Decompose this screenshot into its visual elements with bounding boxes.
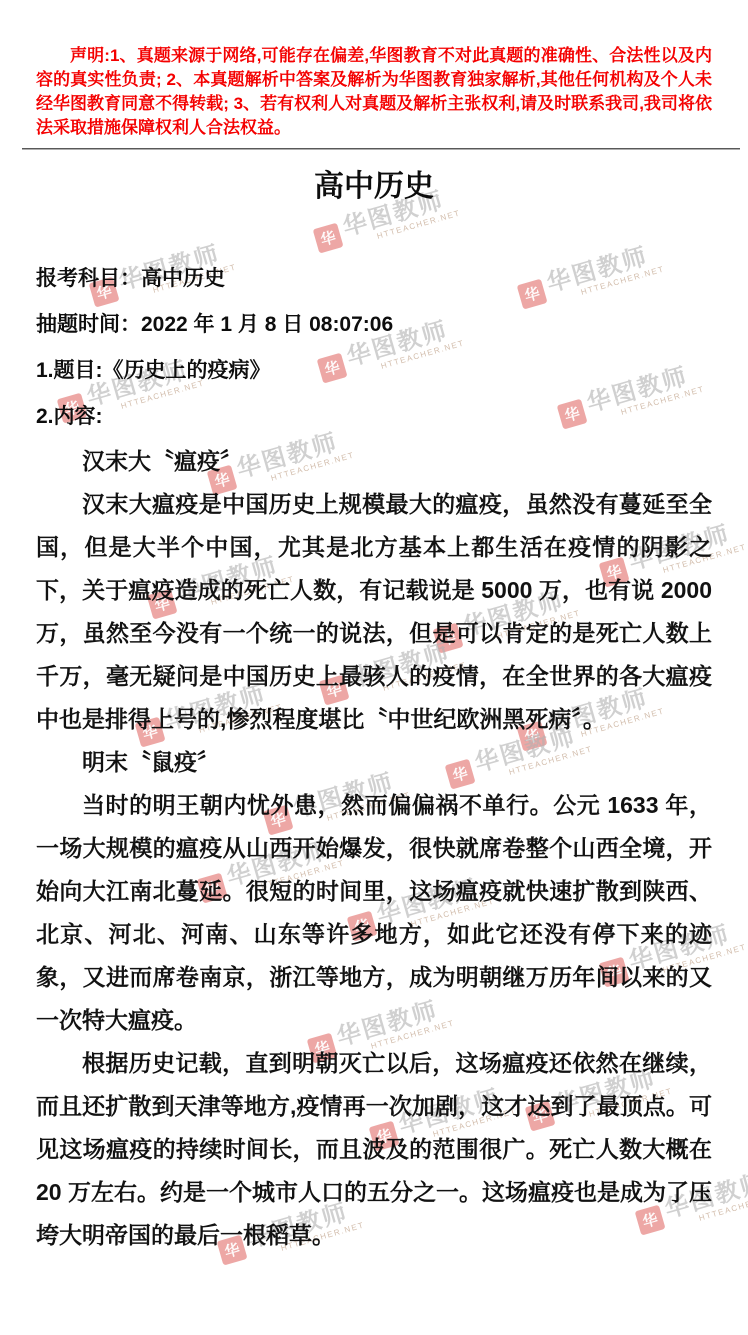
content-label-line: 2.内容: [36, 394, 712, 440]
question-title-label: 1.题目: [36, 359, 103, 382]
disclaimer-text: 1、真题来源于网络,可能存在偏差,华图教育不对此真题的准确性、合法性以及内容的真… [36, 46, 712, 137]
content-paragraph: 汉末大〝瘟疫〞 [36, 440, 712, 483]
question-title-line: 1.题目:《历史上的疫病》 [36, 348, 712, 394]
content-label: 2.内容: [36, 405, 103, 428]
draw-time-line: 抽题时间：2022 年 1 月 8 日 08:07:06 [36, 302, 712, 348]
meta-block: 报考科目：高中历史 抽题时间：2022 年 1 月 8 日 08:07:06 1… [36, 256, 712, 440]
divider-line [22, 148, 740, 150]
content-body: 汉末大〝瘟疫〞汉末大瘟疫是中国历史上规模最大的瘟疫，虽然没有蔓延至全国，但是大半… [36, 440, 712, 1257]
content-paragraph: 根据历史记载，直到明朝灭亡以后，这场瘟疫还依然在继续，而且还扩散到天津等地方,疫… [36, 1042, 712, 1257]
document-page: 华华图教师HTTEACHER.NET华华图教师HTTEACHER.NET华华图教… [0, 0, 748, 1335]
disclaimer: 声明:1、真题来源于网络,可能存在偏差,华图教育不对此真题的准确性、合法性以及内… [36, 44, 712, 140]
page-title: 高中历史 [36, 170, 712, 204]
disclaimer-label: 声明: [70, 46, 110, 65]
content-paragraph: 当时的明王朝内忧外患，然而偏偏祸不单行。公元 1633 年，一场大规模的瘟疫从山… [36, 784, 712, 1042]
draw-time-label: 抽题时间： [36, 313, 141, 336]
document-content: 声明:1、真题来源于网络,可能存在偏差,华图教育不对此真题的准确性、合法性以及内… [0, 0, 748, 1257]
question-title-value: 《历史上的疫病》 [103, 359, 271, 382]
exam-subject-label: 报考科目： [36, 267, 141, 290]
exam-subject-value: 高中历史 [141, 267, 225, 290]
draw-time-value: 2022 年 1 月 8 日 08:07:06 [141, 313, 393, 336]
content-paragraph: 汉末大瘟疫是中国历史上规模最大的瘟疫，虽然没有蔓延至全国，但是大半个中国，尤其是… [36, 483, 712, 741]
content-paragraph: 明末〝鼠疫〞 [36, 741, 712, 784]
exam-subject-line: 报考科目：高中历史 [36, 256, 712, 302]
